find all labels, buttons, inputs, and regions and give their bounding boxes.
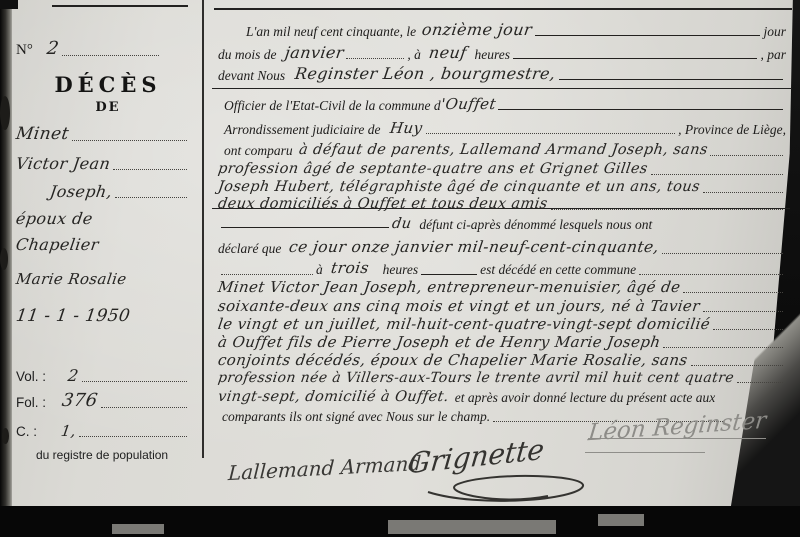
commune-hw: 'Ouffet	[440, 97, 497, 112]
desk-reflection	[112, 524, 164, 534]
witnesses-hw: profession âgé de septante-quatre ans et…	[217, 162, 649, 177]
deceased-details-hw: conjoints décédés, époux de Chapelier Ma…	[217, 353, 689, 368]
witnesses-hw: deux domiciliés à Ouffet et tous deux am…	[217, 197, 549, 212]
appeared-label-printed: ont comparu	[224, 144, 293, 158]
death-date-hw: ce jour onze janvier mil-neuf-cent-cinqu…	[288, 240, 660, 256]
deceased-details-hw: à Ouffet fils de Pierre Joseph et de Hen…	[217, 335, 662, 350]
fol-value: 376	[61, 392, 99, 410]
record-type-subtitle: DE	[14, 100, 202, 115]
witnesses-hw: à défaut de parents, Lallemand Armand Jo…	[298, 143, 709, 158]
dotted-fill	[221, 274, 313, 275]
dotted-fill	[651, 174, 783, 175]
officer-name-hw: Reginster Léon , bourgmestre,	[294, 66, 557, 82]
at-label-printed: à	[316, 263, 323, 277]
binding-stain	[0, 248, 8, 270]
dotted-fill	[82, 381, 187, 382]
dotted-fill	[101, 407, 187, 408]
deceased-spouse-line: époux de	[15, 211, 94, 227]
act-intro-printed: L'an mil neuf cent cinquante, le	[246, 25, 416, 39]
c-value: 1,	[60, 424, 77, 439]
strike-fill	[221, 227, 389, 228]
witnesses-hw: Joseph Hubert, télégraphiste âgé de cinq…	[217, 180, 701, 195]
par-label-printed: , par	[760, 48, 786, 62]
hour-hw: neuf	[428, 45, 468, 61]
register-note: du registre de population	[36, 448, 168, 462]
deceased-name-line: Victor Jean	[15, 156, 112, 172]
dotted-fill	[737, 382, 783, 383]
deceased-name-line: Minet	[15, 126, 70, 143]
section-rule-top	[214, 8, 792, 10]
dotted-fill	[713, 329, 783, 330]
closing-printed: comparants ils ont signé avec Nous sur l…	[222, 410, 490, 424]
c-label: C. :	[16, 424, 37, 439]
dotted-fill	[72, 140, 187, 141]
vol-label: Vol. :	[16, 369, 46, 384]
section-rule-1	[212, 88, 792, 89]
dotted-fill	[79, 436, 187, 437]
signature-baseline	[585, 452, 705, 453]
fol-label: Fol. :	[16, 395, 46, 410]
dotted-fill	[703, 311, 783, 312]
dotted-fill	[113, 169, 187, 170]
rule-fill	[535, 35, 760, 36]
deceased-in-commune-printed: est décédé en cette commune	[480, 263, 636, 277]
binding-stain	[0, 96, 10, 130]
rule-fill	[559, 79, 783, 80]
dotted-fill	[703, 192, 783, 193]
column-divider-rule	[202, 0, 204, 458]
binding-stain	[2, 428, 9, 444]
deceased-details-hw: Minet Victor Jean Joseph, entrepreneur-m…	[217, 280, 681, 295]
act-day-ordinal-hw: onzième jour	[421, 22, 533, 38]
deceased-details-hw: soixante-deux ans cinq mois et vingt et …	[217, 299, 701, 314]
month-hw: janvier	[283, 45, 344, 61]
declare-label-printed: déclaré que	[218, 242, 281, 256]
deceased-details-hw: le vingt et un juillet, mil-huit-cent-qu…	[217, 317, 711, 332]
rule-fill	[421, 274, 477, 275]
hour-connector-printed: , à	[407, 48, 421, 62]
dotted-fill	[639, 274, 783, 275]
record-type-title: DÉCÈS	[14, 72, 202, 97]
dotted-fill	[62, 55, 159, 56]
month-label-printed: du mois de	[218, 48, 277, 62]
vol-value: 2	[67, 368, 80, 384]
dotted-fill	[663, 347, 783, 348]
dotted-fill	[346, 58, 404, 59]
dotted-fill	[551, 209, 783, 210]
dotted-fill	[115, 197, 187, 198]
district-label-printed: Arrondissement judiciaire de	[224, 123, 380, 137]
dotted-fill	[691, 365, 784, 366]
signature-flourish	[398, 462, 598, 508]
dotted-fill	[426, 133, 675, 134]
act-number-label: N°	[16, 43, 33, 58]
act-intro-end-printed: jour	[763, 25, 786, 39]
death-hour-hw: trois	[330, 261, 370, 277]
spouse-details-hw: vingt-sept, domicilié à Ouffet.	[217, 390, 450, 405]
deceased-spouse-line: Chapelier	[15, 237, 100, 253]
dotted-fill	[662, 253, 783, 254]
rule-fill	[498, 109, 783, 110]
desk-reflection	[388, 520, 556, 534]
margin-top-rule	[52, 5, 188, 7]
province-printed: , Province de Liège,	[678, 123, 786, 137]
hours-label-printed: heures	[383, 263, 419, 277]
desk-reflection	[598, 514, 644, 526]
commune-label-printed: Officier de l'Etat-Civil de la commune d	[224, 99, 441, 113]
scanned-death-record: N° 2 DÉCÈS DE Minet Victor Jean Joseph, …	[0, 0, 800, 537]
officer-label-printed: devant Nous	[218, 69, 285, 83]
dotted-fill	[683, 292, 783, 293]
declared-printed: défunt ci-après dénommé lesquels nous on…	[419, 218, 652, 232]
district-hw: Huy	[389, 121, 424, 136]
defunt-article-hw: du	[391, 217, 412, 232]
hours-label-printed: heures	[475, 48, 511, 62]
deceased-name-line: Joseph,	[49, 184, 113, 200]
act-number-value: 2	[46, 40, 60, 58]
deceased-spouse-line: Marie Rosalie	[15, 272, 128, 287]
closing-printed: et après avoir donné lecture du présent …	[455, 391, 715, 405]
rule-fill	[513, 58, 757, 59]
corner-shadow	[0, 0, 18, 9]
death-date-annotation: 11 - 1 - 1950	[15, 308, 131, 325]
dotted-fill	[710, 155, 783, 156]
spouse-details-hw: profession née à Villers-aux-Tours le tr…	[217, 371, 735, 385]
